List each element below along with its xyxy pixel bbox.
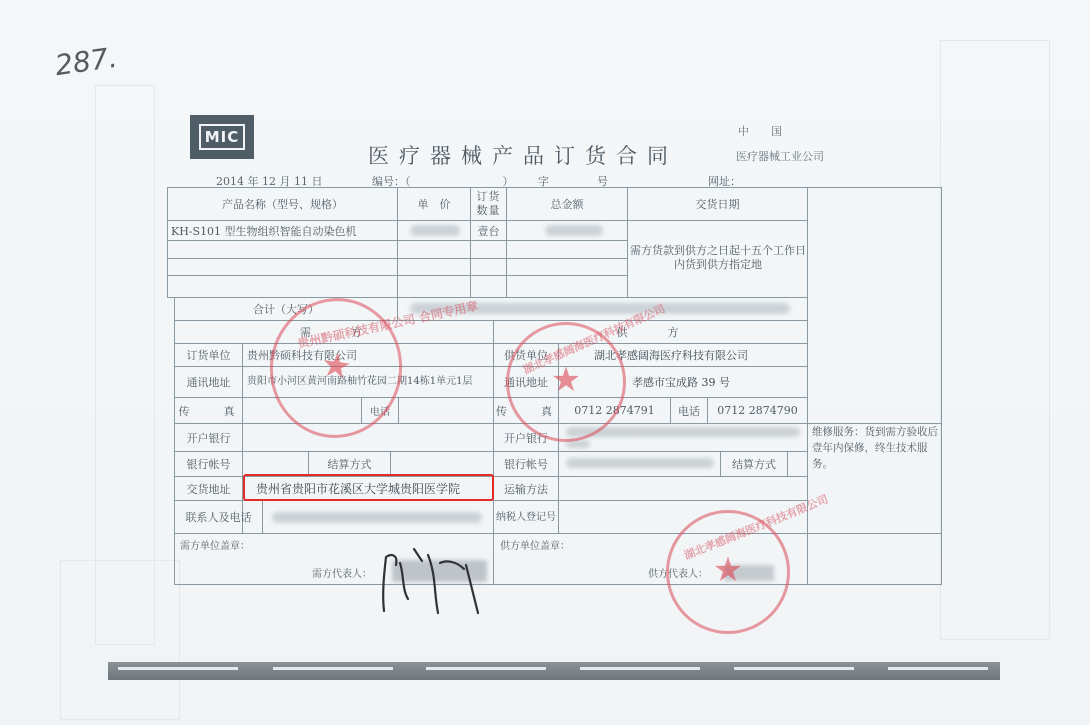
scanned-contract-page: 287. MIC 医疗器械产品订货合同 中国 医疗器械工业公司 2014 年 1…	[0, 0, 1090, 725]
buyer-seal-label: 需方单位盖章：	[180, 536, 380, 552]
buyer-label-contact: 联系人及电话	[175, 501, 262, 533]
supplier-company-seal-top: ★ 湖北孝感阔海医疗科技有限公司	[506, 322, 626, 442]
handwritten-signature	[378, 545, 488, 615]
delivery-terms: 需方货款到供方之日起十五个工作日内货到供方指定地	[630, 240, 806, 276]
supplier-label-tax-id: 纳税人登记号	[496, 501, 556, 533]
supplier-label-settlement: 结算方式	[721, 452, 787, 476]
bleed-through-frame	[940, 40, 1050, 640]
supplier-label-account: 银行帐号	[494, 452, 558, 476]
document-title: 医疗器械产品订货合同	[368, 140, 678, 170]
supplier-unit-value: 湖北孝感阔海医疗科技有限公司	[594, 344, 807, 366]
seal-star-icon: ★	[551, 360, 581, 400]
org-name-line1: 中国	[738, 123, 804, 139]
seal-star-icon: ★	[713, 550, 743, 590]
scanner-edge-bar	[108, 662, 1000, 680]
col-header-total: 总金额	[507, 188, 627, 220]
redacted-supplier-account	[566, 458, 714, 468]
org-name-line2: 医疗器械工业公司	[736, 148, 824, 164]
buyer-label-address: 通讯地址	[175, 367, 242, 397]
seal-star-icon: ★	[318, 344, 354, 388]
supplier-phone-value: 0712 2874790	[708, 398, 807, 423]
col-header-product-name: 产品名称（型号、规格）	[168, 188, 397, 220]
product-name-cell: KH-S101 型生物组织智能自动染色机	[171, 221, 397, 240]
col-header-unit-price: 单 价	[398, 188, 470, 220]
redacted-total	[545, 225, 603, 236]
service-note: 维修服务：货到需方验收后壹年内保修，终生技术服务。	[812, 424, 938, 480]
bleed-through-frame	[60, 560, 180, 720]
redacted-contact	[272, 512, 482, 523]
buyer-label-unit: 订货单位	[175, 344, 242, 366]
buyer-label-bank: 开户银行	[175, 424, 242, 451]
buyer-label-settlement: 结算方式	[309, 452, 390, 476]
buyer-label-delivery-address: 交货地址	[175, 477, 242, 500]
supplier-company-seal-bottom: ★ 湖北孝感阔海医疗科技有限公司	[666, 510, 790, 634]
quantity-cell: 壹台	[471, 221, 506, 240]
mic-logo: MIC	[190, 115, 254, 159]
supplier-label-phone: 电话	[671, 398, 707, 423]
handwritten-page-number: 287.	[53, 41, 119, 82]
buyer-label-account: 银行帐号	[175, 452, 242, 476]
col-header-quantity: 订货数量	[471, 188, 506, 220]
delivery-address-highlight	[243, 474, 494, 501]
redacted-unit-price	[410, 225, 460, 236]
supplier-address-value: 孝感市宝成路 39 号	[632, 367, 807, 397]
buyer-label-fax: 传 真	[175, 398, 242, 423]
supplier-label-transport: 运输方法	[494, 477, 558, 500]
col-header-delivery-date: 交货日期	[628, 188, 807, 220]
